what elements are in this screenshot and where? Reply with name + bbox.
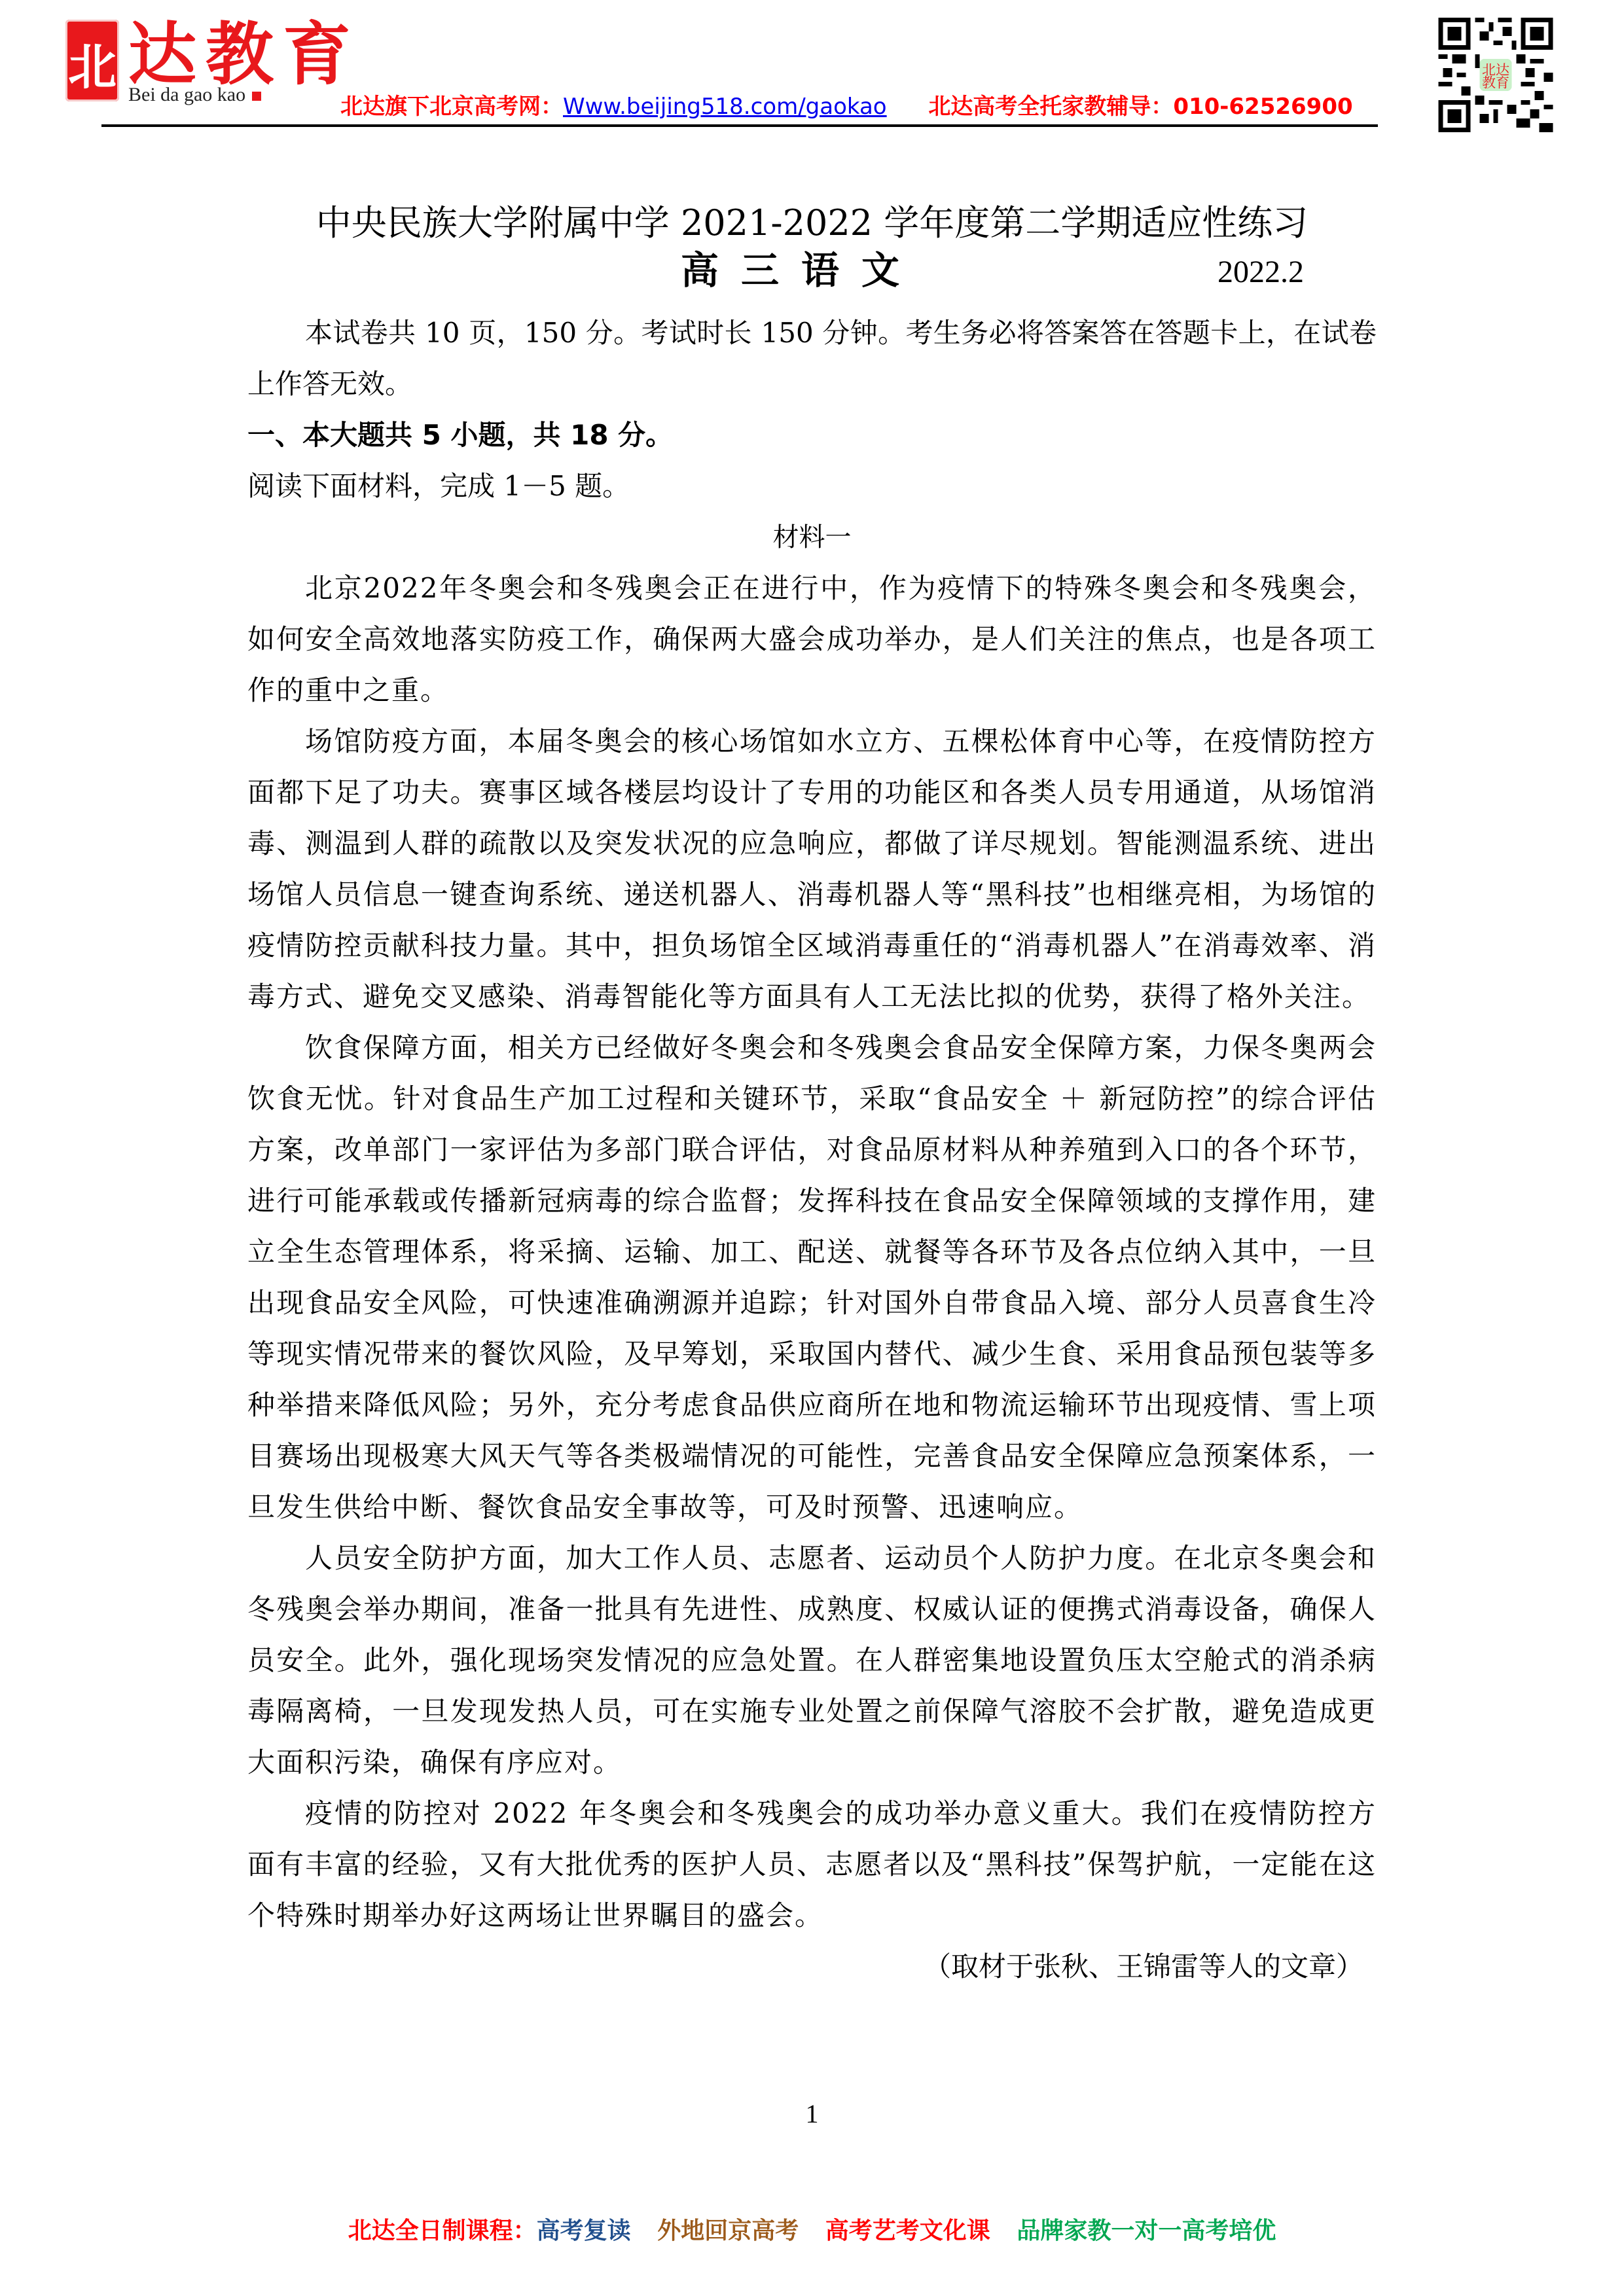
material-paragraph: 人员安全防护方面，加大工作人员、志愿者、运动员个人防护力度。在北京冬奥会和冬残奥… xyxy=(247,1533,1377,1788)
material-source: （取材于张秋、王锦雷等人的文章） xyxy=(247,1941,1377,1992)
exam-title: 中央民族大学附属中学 2021-2022 学年度第二学期适应性练习 xyxy=(0,200,1624,246)
logo-pinyin-text: Bei da gao kao xyxy=(128,84,245,105)
logo-text: 达教育 xyxy=(128,18,360,90)
material-paragraph: 北京2022年冬奥会和冬残奥会正在进行中，作为疫情下的特殊冬奥会和冬残奥会，如何… xyxy=(247,563,1377,716)
footer-item-tutoring: 品牌家教一对一高考培优 xyxy=(1017,2217,1276,2244)
header-info-line: 北达旗下北京高考网：Www.beijing518.com/gaokao 北达高考… xyxy=(340,94,1353,120)
qr-code-icon: 北达 教育 xyxy=(1437,18,1555,132)
material-paragraph: 饮食保障方面，相关方已经做好冬奥会和冬残奥会食品安全保障方案，力保冬奥两会饮食无… xyxy=(247,1022,1377,1533)
page-number: 1 xyxy=(0,2098,1624,2129)
site-link[interactable]: Www.beijing518.com/gaokao xyxy=(563,94,887,120)
material-paragraph: 场馆防疫方面，本届冬奥会的核心场馆如水立方、五棵松体育中心等，在疫情防控方面都下… xyxy=(247,716,1377,1022)
tutoring-label: 北达高考全托家教辅导： xyxy=(928,94,1173,120)
footer-label: 北达全日制课程： xyxy=(348,2217,537,2244)
footer-courses: 北达全日制课程：高考复读 外地回京高考 高考艺考文化课 品牌家教一对一高考培优 xyxy=(0,2212,1624,2246)
footer-item-review: 高考复读 xyxy=(537,2217,631,2244)
footer-item-return-beijing: 外地回京高考 xyxy=(657,2217,799,2244)
exam-date: 2022.2 xyxy=(1218,253,1304,292)
header-divider xyxy=(101,124,1378,127)
phone-number: 010-62526900 xyxy=(1173,94,1352,120)
svg-text:教育: 教育 xyxy=(1482,75,1509,90)
logo-square-icon xyxy=(252,92,261,101)
logo-seal-char: 北 xyxy=(65,29,119,98)
exam-content: 本试卷共 10 页，150 分。考试时长 150 分钟。考生务必将答案答在答题卡… xyxy=(247,308,1377,1992)
exam-subject: 高三语文 xyxy=(681,247,922,293)
section-heading: 一、本大题共 5 小题，共 18 分。 xyxy=(247,410,1377,461)
material-title: 材料一 xyxy=(247,512,1377,563)
logo-seal: 北 xyxy=(65,20,119,101)
site-label: 北达旗下北京高考网： xyxy=(340,94,563,120)
footer-item-art-culture: 高考艺考文化课 xyxy=(825,2217,990,2244)
exam-instructions: 本试卷共 10 页，150 分。考试时长 150 分钟。考生务必将答案答在答题卡… xyxy=(247,308,1377,410)
material-paragraph: 疫情的防控对 2022 年冬奥会和冬残奥会的成功举办意义重大。我们在疫情防控方面… xyxy=(247,1788,1377,1941)
reading-instruction: 阅读下面材料，完成 1－5 题。 xyxy=(247,461,1377,512)
logo-pinyin: Bei da gao kao xyxy=(128,84,261,106)
